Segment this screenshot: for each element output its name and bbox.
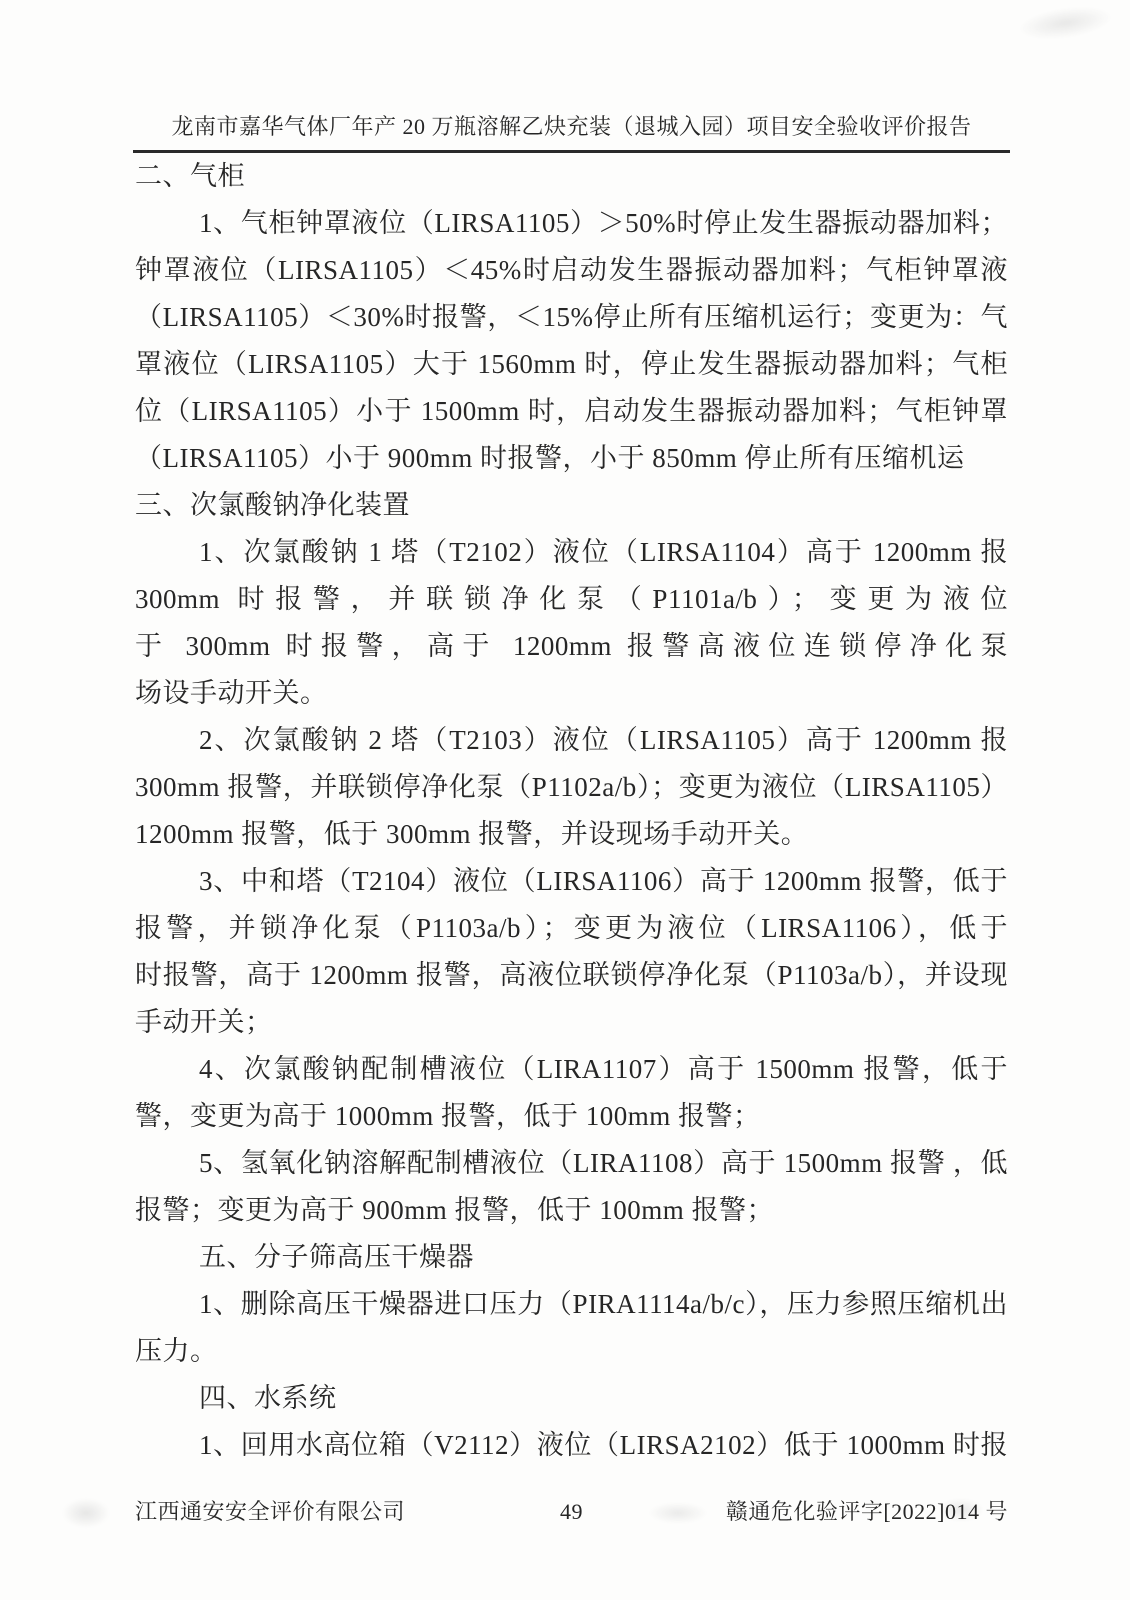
text-line: 位（LIRSA1105）小于 1500mm 时，启动发生器振动器加料；气柜钟罩液… — [135, 388, 1008, 435]
running-header-title: 龙南市嘉华气体厂年产 20 万瓶溶解乙炔充装（退城入园）项目安全验收评价报告 — [133, 110, 1010, 141]
scan-smudge — [1016, 2, 1114, 45]
text-line: 报警；变更为高于 900mm 报警，低于 100mm 报警； — [135, 1187, 1008, 1234]
text-line: 钟罩液位（LIRSA1105）＜45%时启动发生器振动器加料；气柜钟罩液位 — [135, 247, 1008, 294]
text-line: 300mm 报警，并联锁停净化泵（P1102a/b）；变更为液位（LIRSA11… — [135, 764, 1008, 811]
footer-page-number: 49 — [537, 1496, 607, 1528]
footer-doc-number: 赣通危化验评字[2022]014 号 — [607, 1496, 1009, 1528]
text-line: 三、次氯酸钠净化装置 — [135, 482, 1008, 529]
scan-smudge — [62, 1498, 110, 1528]
text-line: 五、分子筛高压干燥器 — [135, 1234, 1008, 1281]
text-line: 5、氢氧化钠溶解配制槽液位（LIRA1108）高于 1500mm 报警 ，低于 … — [135, 1140, 1008, 1187]
page-header: 龙南市嘉华气体厂年产 20 万瓶溶解乙炔充装（退城入园）项目安全验收评价报告 — [133, 110, 1010, 153]
text-line: 1、回用水高位箱（V2112）液位（LIRSA2102）低于 1000mm 时报… — [135, 1422, 1008, 1469]
text-line: 警，变更为高于 1000mm 报警，低于 100mm 报警； — [135, 1093, 1008, 1140]
text-line: 手动开关； — [135, 999, 1008, 1046]
text-line: 二、气柜 — [135, 153, 1008, 200]
text-line: 1、气柜钟罩液位（LIRSA1105）＞50%时停止发生器振动器加料；气柜 — [135, 200, 1008, 247]
text-line: 压力。 — [135, 1328, 1008, 1375]
document-body: 二、气柜1、气柜钟罩液位（LIRSA1105）＞50%时停止发生器振动器加料；气… — [135, 153, 1008, 1469]
footer-company: 江西通安安全评价有限公司 — [135, 1496, 537, 1528]
text-line: 报警，并锁净化泵（P1103a/b）；变更为液位（LIRSA1106），低于 3… — [135, 905, 1008, 952]
text-line: （LIRSA1105）小于 900mm 时报警，小于 850mm 停止所有压缩机… — [135, 435, 1008, 482]
text-line: 1、删除高压干燥器进口压力（PIRA1114a/b/c），压力参照压缩机出口 — [135, 1281, 1008, 1328]
text-line: 于 300mm 时报警，高于 1200mm 报警高液位连锁停净化泵（P1101a… — [135, 623, 1008, 670]
text-line: 1200mm 报警，低于 300mm 报警，并设现场手动开关。 — [135, 811, 1008, 858]
text-line: （LIRSA1105）＜30%时报警，＜15%停止所有压缩机运行；变更为：气柜钟 — [135, 294, 1008, 341]
text-line: 3、中和塔（T2104）液位（LIRSA1106）高于 1200mm 报警，低于… — [135, 858, 1008, 905]
text-line: 300mm 时报警，并联锁净化泵（P1101a/b）；变更为液位（LIRSA11… — [135, 576, 1008, 623]
text-line: 罩液位（LIRSA1105）大于 1560mm 时，停止发生器振动器加料；气柜钟… — [135, 341, 1008, 388]
page-footer: 江西通安安全评价有限公司 49 赣通危化验评字[2022]014 号 — [135, 1496, 1008, 1528]
text-line: 时报警，高于 1200mm 报警，高液位联锁停净化泵（P1103a/b），并设现… — [135, 952, 1008, 999]
text-line: 2、次氯酸钠 2 塔（T2103）液位（LIRSA1105）高于 1200mm … — [135, 717, 1008, 764]
text-line: 1、次氯酸钠 1 塔（T2102）液位（LIRSA1104）高于 1200mm … — [135, 529, 1008, 576]
document-page: 龙南市嘉华气体厂年产 20 万瓶溶解乙炔充装（退城入园）项目安全验收评价报告 二… — [0, 0, 1130, 1600]
text-line: 场设手动开关。 — [135, 670, 1008, 717]
text-line: 4、次氯酸钠配制槽液位（LIRA1107）高于 1500mm 报警，低于 500… — [135, 1046, 1008, 1093]
text-line: 四、水系统 — [135, 1375, 1008, 1422]
